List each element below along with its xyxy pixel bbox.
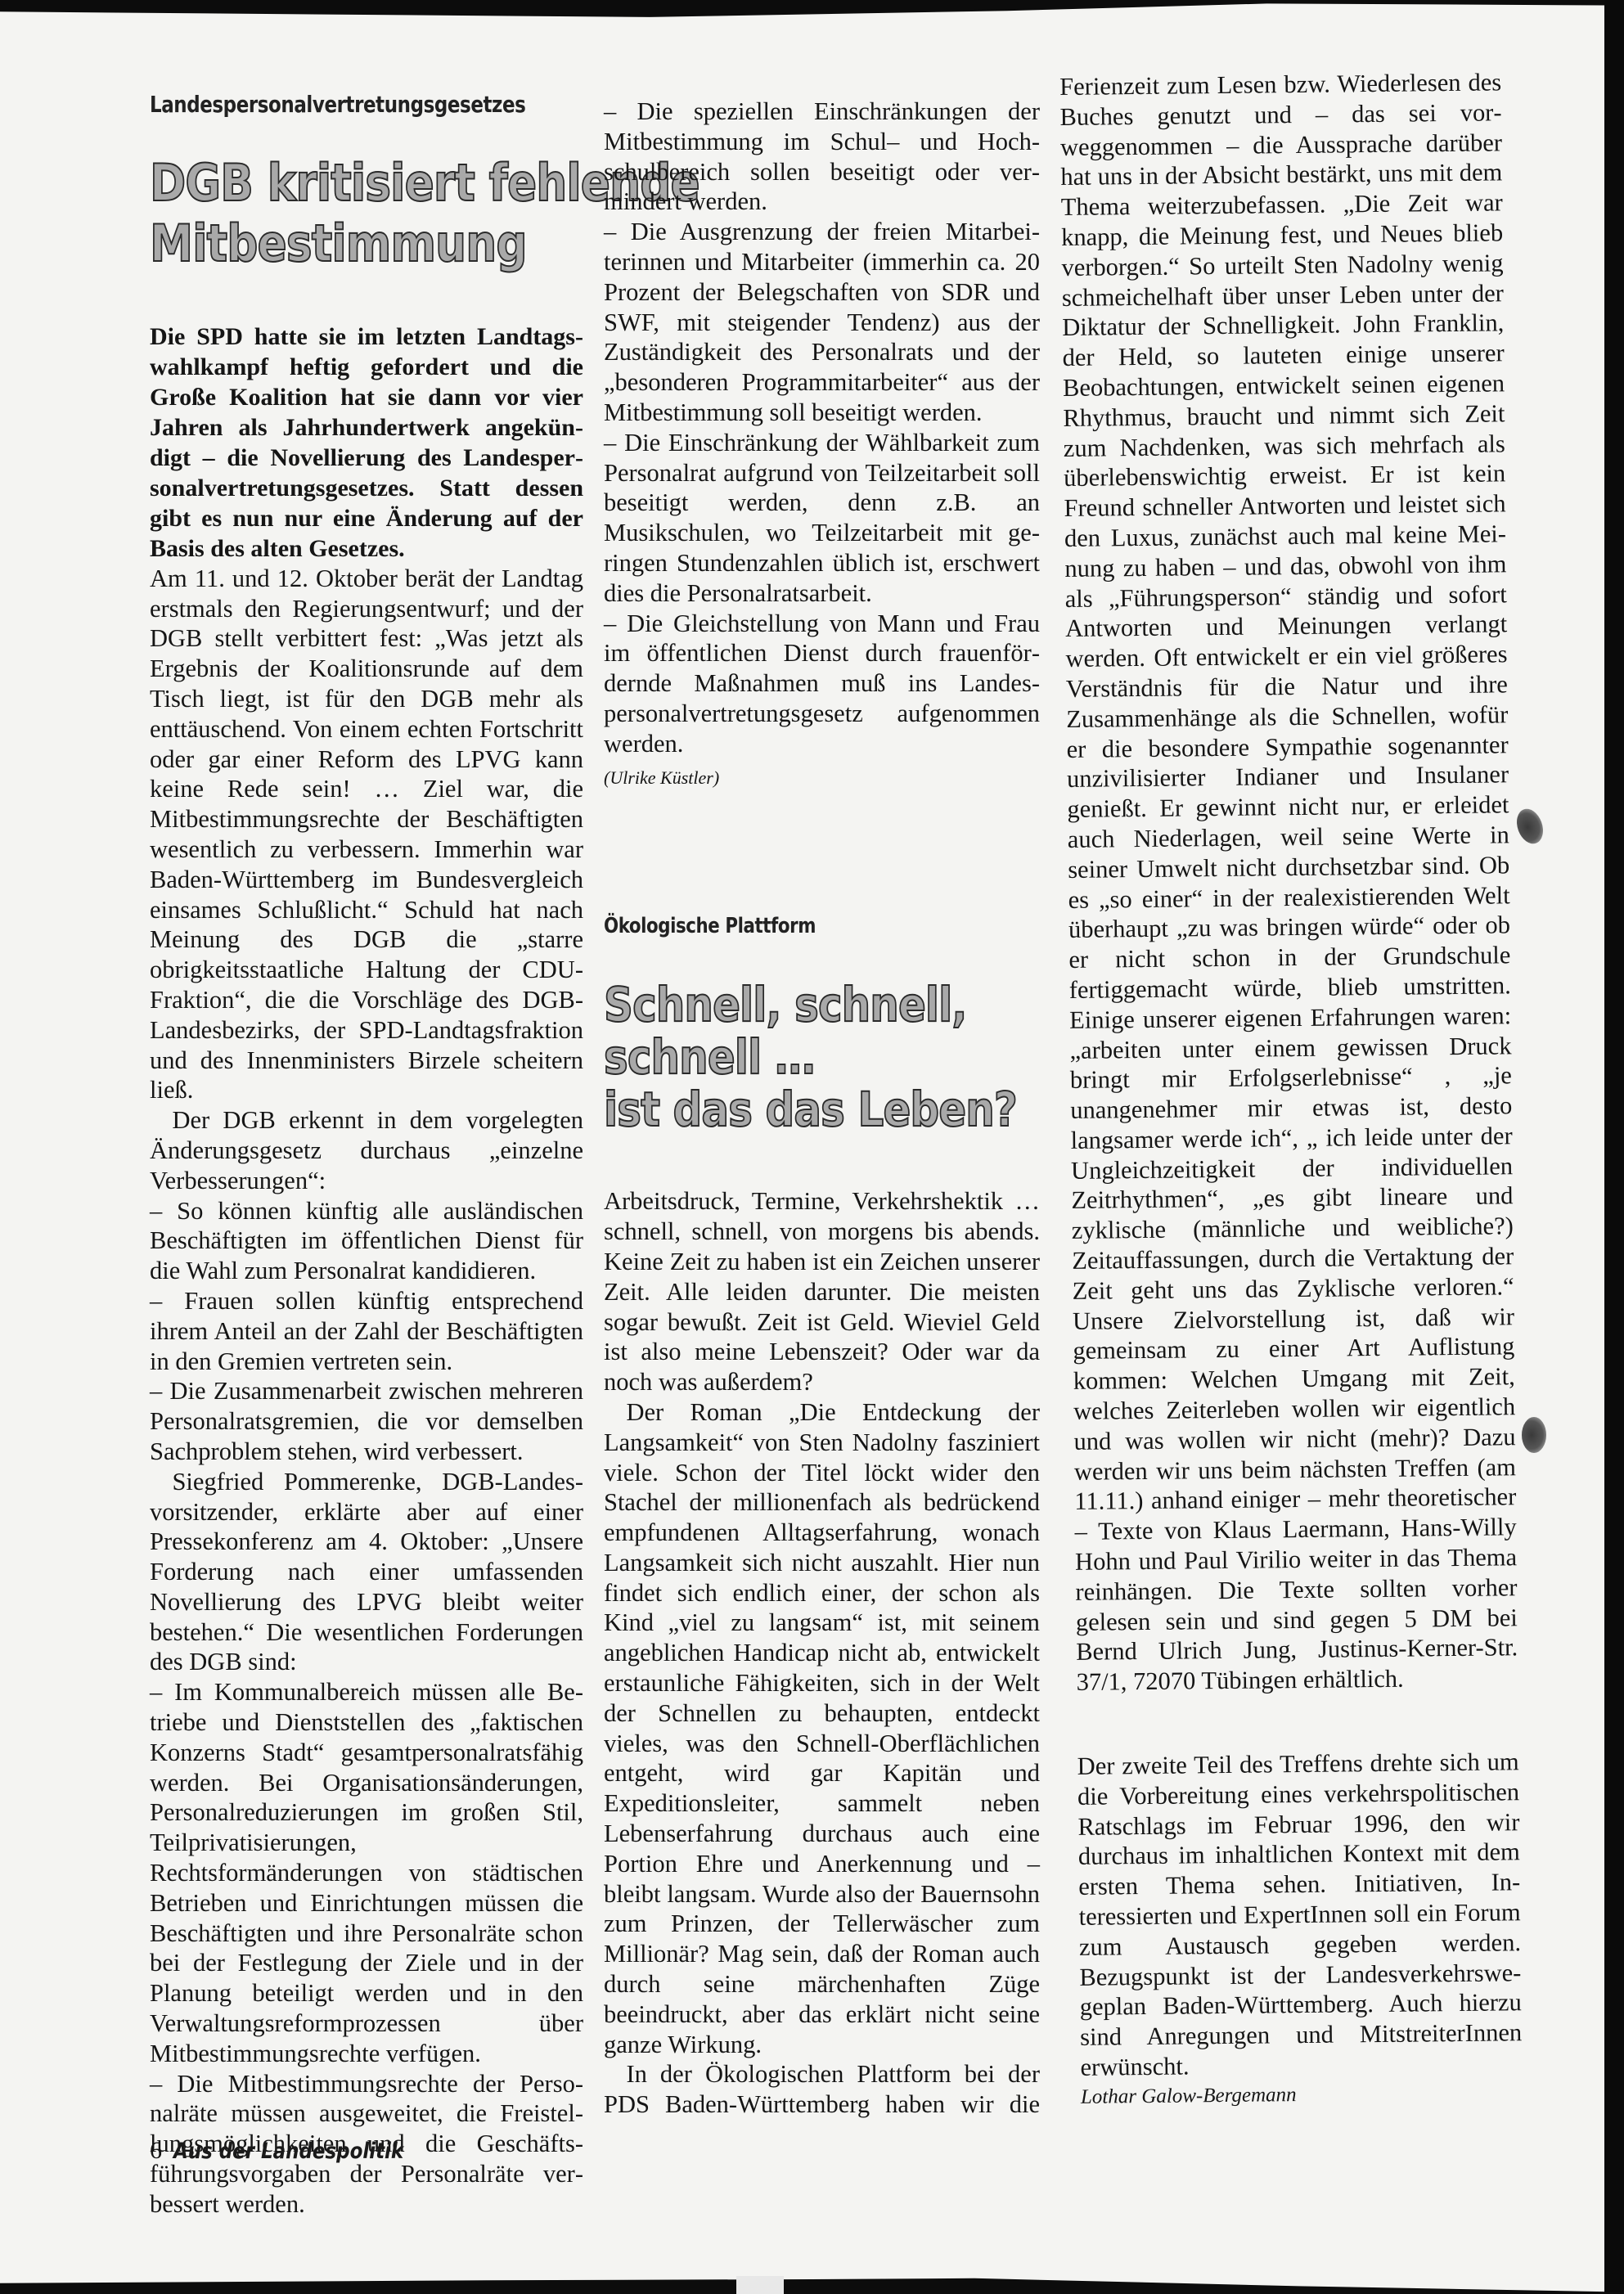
article2-headline-line2: schnell … bbox=[604, 1031, 978, 1083]
article1-lead: Die SPD hatte sie im letzten Landtags­wa… bbox=[150, 322, 583, 564]
article1-list-item: – Die Ausgrenzung der freien Mitarbei­te… bbox=[604, 217, 1040, 428]
article2-paragraph: Arbeitsdruck, Termine, Verkehrshektik … … bbox=[604, 1186, 1040, 1397]
article1-list-item: – Im Kommunalbereich müssen alle Be­trie… bbox=[150, 1677, 583, 2068]
article2-headline-line1: Schnell, schnell, bbox=[604, 978, 978, 1031]
article2-kicker: Ökologische Plattform bbox=[604, 911, 961, 942]
article2-header: Ökologische Plattform Schnell, schnell, … bbox=[604, 911, 1040, 1136]
column-2: – Die speziellen Einschränkungen der Mit… bbox=[604, 97, 1040, 2120]
section-title: Aus der Landespolitik bbox=[173, 2139, 403, 2164]
scanned-page: Landespersonalvertretungsgesetzes DGB kr… bbox=[0, 0, 1608, 2294]
article2-paragraph: Der Roman „Die Entdeckung der Langsamkei… bbox=[604, 1397, 1040, 2060]
scanner-artifact bbox=[736, 2276, 784, 2294]
article1-paragraph: Siegfried Pommerenke, DGB-Landes­vorsitz… bbox=[150, 1467, 583, 1678]
punch-hole-icon bbox=[1512, 805, 1547, 848]
page-number: 6 bbox=[150, 2137, 162, 2165]
article2-paragraph: In der Ökologischen Plattform bei der PD… bbox=[604, 2059, 1040, 2120]
article1-paragraph: Am 11. und 12. Oktober berät der Land­ta… bbox=[150, 564, 583, 1105]
article1-byline: (Ulrike Küstler) bbox=[604, 766, 1040, 790]
article1-kicker: Landespersonalvertretungsgesetzes bbox=[150, 90, 506, 120]
article1-headline-line1: DGB kritisiert fehlende bbox=[150, 153, 523, 214]
article1-headline-line2: Mitbestimmung bbox=[150, 214, 523, 274]
article2-byline: Lothar Galow-Bergemann bbox=[1081, 2080, 1523, 2111]
article1-list-item: – Die Gleichstellung von Mann und Frau i… bbox=[604, 609, 1040, 759]
punch-hole-icon bbox=[1522, 1417, 1546, 1453]
article2-paragraph: Der zweite Teil des Treffens drehte sich… bbox=[1077, 1747, 1522, 2082]
article1-list-item: – So können künftig alle ausländischen B… bbox=[150, 1196, 583, 1286]
article1-paragraph: Der DGB erkennt in dem vorgelegten Änder… bbox=[150, 1105, 583, 1195]
article2-paragraph-continued: Ferienzeit zum Lesen bzw. Wiederlesen de… bbox=[1059, 67, 1518, 1698]
article2-headline-line3: ist das das Leben? bbox=[604, 1083, 978, 1136]
article1-headline: DGB kritisiert fehlende Mitbestimmung bbox=[150, 153, 523, 274]
article1-list-item: – Frauen sollen künftig entsprechend ihr… bbox=[150, 1286, 583, 1376]
column-3: Ferienzeit zum Lesen bzw. Wiederlesen de… bbox=[1059, 67, 1523, 2110]
article1-list-item: – Die Einschränkung der Wählbarkeit zum … bbox=[604, 428, 1040, 609]
article2-headline: Schnell, schnell, schnell … ist das das … bbox=[604, 978, 978, 1136]
scanner-border-right bbox=[1604, 0, 1624, 2294]
column-1: Landespersonalvertretungsgesetzes DGB kr… bbox=[150, 90, 583, 2220]
paragraph-gap bbox=[1077, 1693, 1519, 1752]
article1-list-item: – Die speziellen Einschränkungen der Mit… bbox=[604, 97, 1040, 217]
page-footer: 6 Aus der Landespolitik bbox=[150, 2137, 444, 2165]
article1-list-item: – Die Zusammenarbeit zwischen mehre­ren … bbox=[150, 1376, 583, 1466]
